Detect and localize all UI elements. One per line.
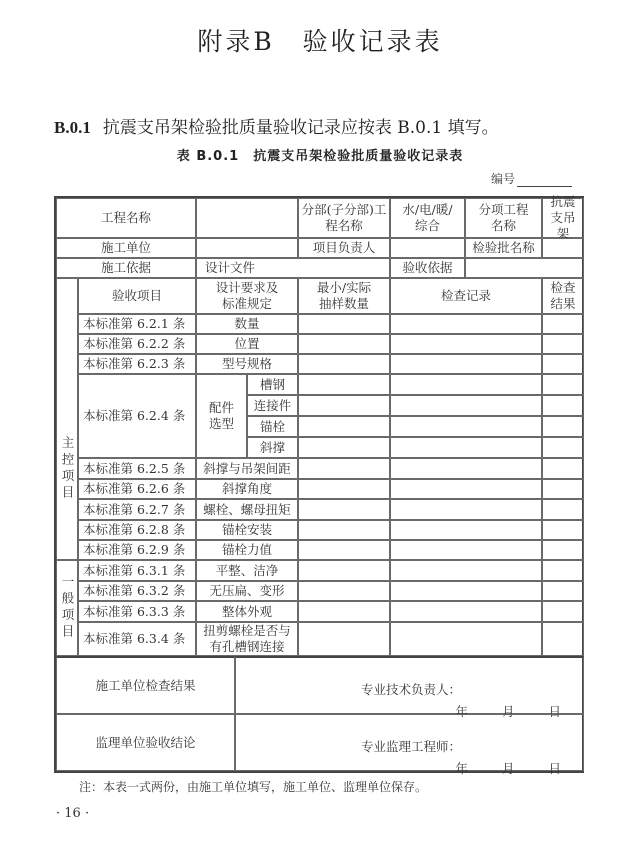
general-item-3-record[interactable] [390, 601, 542, 622]
general-item-3-clause: 本标准第 6.3.3 条 [78, 601, 196, 622]
project-manager-label: 项目负责人 [298, 238, 390, 258]
project-name-label: 工程名称 [56, 198, 196, 238]
main-item-1-spec: 数量 [196, 314, 298, 334]
main-item-8-spec: 锚栓安装 [196, 520, 298, 540]
general-item-1-spec: 平整、洁净 [196, 560, 298, 581]
general-item-4-clause: 本标准第 6.3.4 条 [78, 622, 196, 656]
serial-number-field[interactable] [517, 174, 572, 187]
main-item-1-result[interactable] [542, 314, 584, 334]
contractor-signer-label: 专业技术负责人： [361, 682, 561, 698]
project-manager-field[interactable] [390, 238, 465, 258]
general-item-4-spec: 扭剪螺栓是否与有孔槽钢连接 [196, 622, 298, 656]
main-item-3-record[interactable] [390, 354, 542, 374]
general-item-3-spec: 整体外观 [196, 601, 298, 622]
acceptance-record-table: 工程名称 分部(子分部)工程名称 水/电/暖/综合 分项工程名称 抗震支吊架 施… [54, 196, 584, 773]
supervisor-label: 监理单位验收结论 [56, 714, 235, 771]
sub-division-label: 分部(子分部)工程名称 [298, 198, 390, 238]
general-item-1-result[interactable] [542, 560, 584, 581]
main-item-2-result[interactable] [542, 334, 584, 354]
main-item-4-sub-brace: 斜撑 [247, 437, 298, 458]
main-item-4-spec: 配件选型 [196, 374, 247, 458]
basis-label: 施工依据 [56, 258, 196, 278]
main-item-8-result[interactable] [542, 520, 584, 540]
main-item-9-sample[interactable] [298, 540, 390, 560]
main-item-7-result[interactable] [542, 499, 584, 520]
main-item-4d-record[interactable] [390, 437, 542, 458]
general-item-1-sample[interactable] [298, 560, 390, 581]
main-item-4c-sample[interactable] [298, 416, 390, 437]
main-item-5-sample[interactable] [298, 458, 390, 479]
main-item-6-clause: 本标准第 6.2.6 条 [78, 479, 196, 499]
sub-item-value: 抗震支吊架 [542, 198, 584, 238]
main-item-4a-record[interactable] [390, 374, 542, 395]
main-item-4a-sample[interactable] [298, 374, 390, 395]
group-main: 主控项目 [56, 278, 78, 560]
main-item-4b-sample[interactable] [298, 395, 390, 416]
main-item-4a-result[interactable] [542, 374, 584, 395]
main-item-6-spec: 斜撑角度 [196, 479, 298, 499]
batch-name-label: 检验批名称 [465, 238, 542, 258]
main-item-4c-result[interactable] [542, 416, 584, 437]
general-item-2-clause: 本标准第 6.3.2 条 [78, 581, 196, 601]
main-item-1-clause: 本标准第 6.2.1 条 [78, 314, 196, 334]
general-item-4-sample[interactable] [298, 622, 390, 656]
main-item-4b-record[interactable] [390, 395, 542, 416]
col-record: 检查记录 [390, 278, 542, 314]
contractor-result-field[interactable]: 专业技术负责人： 年 月 日 [235, 656, 584, 714]
general-item-2-record[interactable] [390, 581, 542, 601]
general-item-2-spec: 无压扁、变形 [196, 581, 298, 601]
basis-value: 设计文件 [196, 258, 390, 278]
main-item-6-record[interactable] [390, 479, 542, 499]
main-item-9-spec: 锚栓力值 [196, 540, 298, 560]
general-item-1-record[interactable] [390, 560, 542, 581]
table-note: 注：本表一式两份，由施工单位填写，施工单位、监理单位保存。 [79, 778, 427, 795]
page-title: 附录B 验收记录表 [0, 22, 640, 58]
main-item-4-sub-connector: 连接件 [247, 395, 298, 416]
batch-name-field[interactable] [542, 238, 584, 258]
main-item-4c-record[interactable] [390, 416, 542, 437]
main-item-8-clause: 本标准第 6.2.8 条 [78, 520, 196, 540]
clause-text: B.0.1抗震支吊架检验批质量验收记录应按表 B.0.1 填写。 [54, 113, 499, 138]
main-item-3-result[interactable] [542, 354, 584, 374]
general-item-4-record[interactable] [390, 622, 542, 656]
serial-number: 编号 [491, 170, 572, 187]
supervisor-signer-label: 专业监理工程师： [361, 739, 561, 755]
acceptance-basis-field[interactable] [465, 258, 584, 278]
main-item-1-sample[interactable] [298, 314, 390, 334]
general-item-3-sample[interactable] [298, 601, 390, 622]
main-item-4-sub-channel: 槽钢 [247, 374, 298, 395]
main-item-8-record[interactable] [390, 520, 542, 540]
main-item-8-sample[interactable] [298, 520, 390, 540]
main-item-2-spec: 位置 [196, 334, 298, 354]
page-number: · 16 · [56, 806, 89, 821]
main-item-5-clause: 本标准第 6.2.5 条 [78, 458, 196, 479]
col-item: 验收项目 [78, 278, 196, 314]
main-item-1-record[interactable] [390, 314, 542, 334]
main-item-4b-result[interactable] [542, 395, 584, 416]
sub-division-value: 水/电/暖/综合 [390, 198, 465, 238]
general-item-1-clause: 本标准第 6.3.1 条 [78, 560, 196, 581]
main-item-3-clause: 本标准第 6.2.3 条 [78, 354, 196, 374]
main-item-2-clause: 本标准第 6.2.2 条 [78, 334, 196, 354]
col-result: 检查结果 [542, 278, 584, 314]
supervisor-field[interactable]: 专业监理工程师： 年 月 日 [235, 714, 584, 771]
main-item-9-record[interactable] [390, 540, 542, 560]
project-name-field[interactable] [196, 198, 298, 238]
clause-number: B.0.1 [54, 118, 91, 137]
main-item-2-record[interactable] [390, 334, 542, 354]
main-item-3-sample[interactable] [298, 354, 390, 374]
main-item-5-spec: 斜撑与吊架间距 [196, 458, 298, 479]
contractor-field[interactable] [196, 238, 298, 258]
group-general: 一般项目 [56, 560, 78, 656]
main-item-4-sub-anchor: 锚栓 [247, 416, 298, 437]
col-spec: 设计要求及标准规定 [196, 278, 298, 314]
main-item-4d-result[interactable] [542, 437, 584, 458]
general-item-3-result[interactable] [542, 601, 584, 622]
contractor-result-label: 施工单位检查结果 [56, 656, 235, 714]
general-item-4-result[interactable] [542, 622, 584, 656]
general-item-2-sample[interactable] [298, 581, 390, 601]
main-item-6-result[interactable] [542, 479, 584, 499]
main-item-6-sample[interactable] [298, 479, 390, 499]
acceptance-basis-label: 验收依据 [390, 258, 465, 278]
sub-item-label: 分项工程名称 [465, 198, 542, 238]
main-item-7-record[interactable] [390, 499, 542, 520]
general-item-2-result[interactable] [542, 581, 584, 601]
col-sample: 最小/实际抽样数量 [298, 278, 390, 314]
main-item-4d-sample[interactable] [298, 437, 390, 458]
contractor-label: 施工单位 [56, 238, 196, 258]
main-item-5-record[interactable] [390, 458, 542, 479]
main-item-7-spec: 螺栓、螺母扭矩 [196, 499, 298, 520]
table-caption: 表 B.0.1 抗震支吊架检验批质量验收记录表 [0, 145, 640, 164]
main-item-7-clause: 本标准第 6.2.7 条 [78, 499, 196, 520]
main-item-9-clause: 本标准第 6.2.9 条 [78, 540, 196, 560]
main-item-2-sample[interactable] [298, 334, 390, 354]
supervisor-date: 年 月 日 [456, 761, 561, 777]
main-item-3-spec: 型号规格 [196, 354, 298, 374]
main-item-5-result[interactable] [542, 458, 584, 479]
main-item-7-sample[interactable] [298, 499, 390, 520]
main-item-9-result[interactable] [542, 540, 584, 560]
main-item-4-clause: 本标准第 6.2.4 条 [78, 374, 196, 458]
